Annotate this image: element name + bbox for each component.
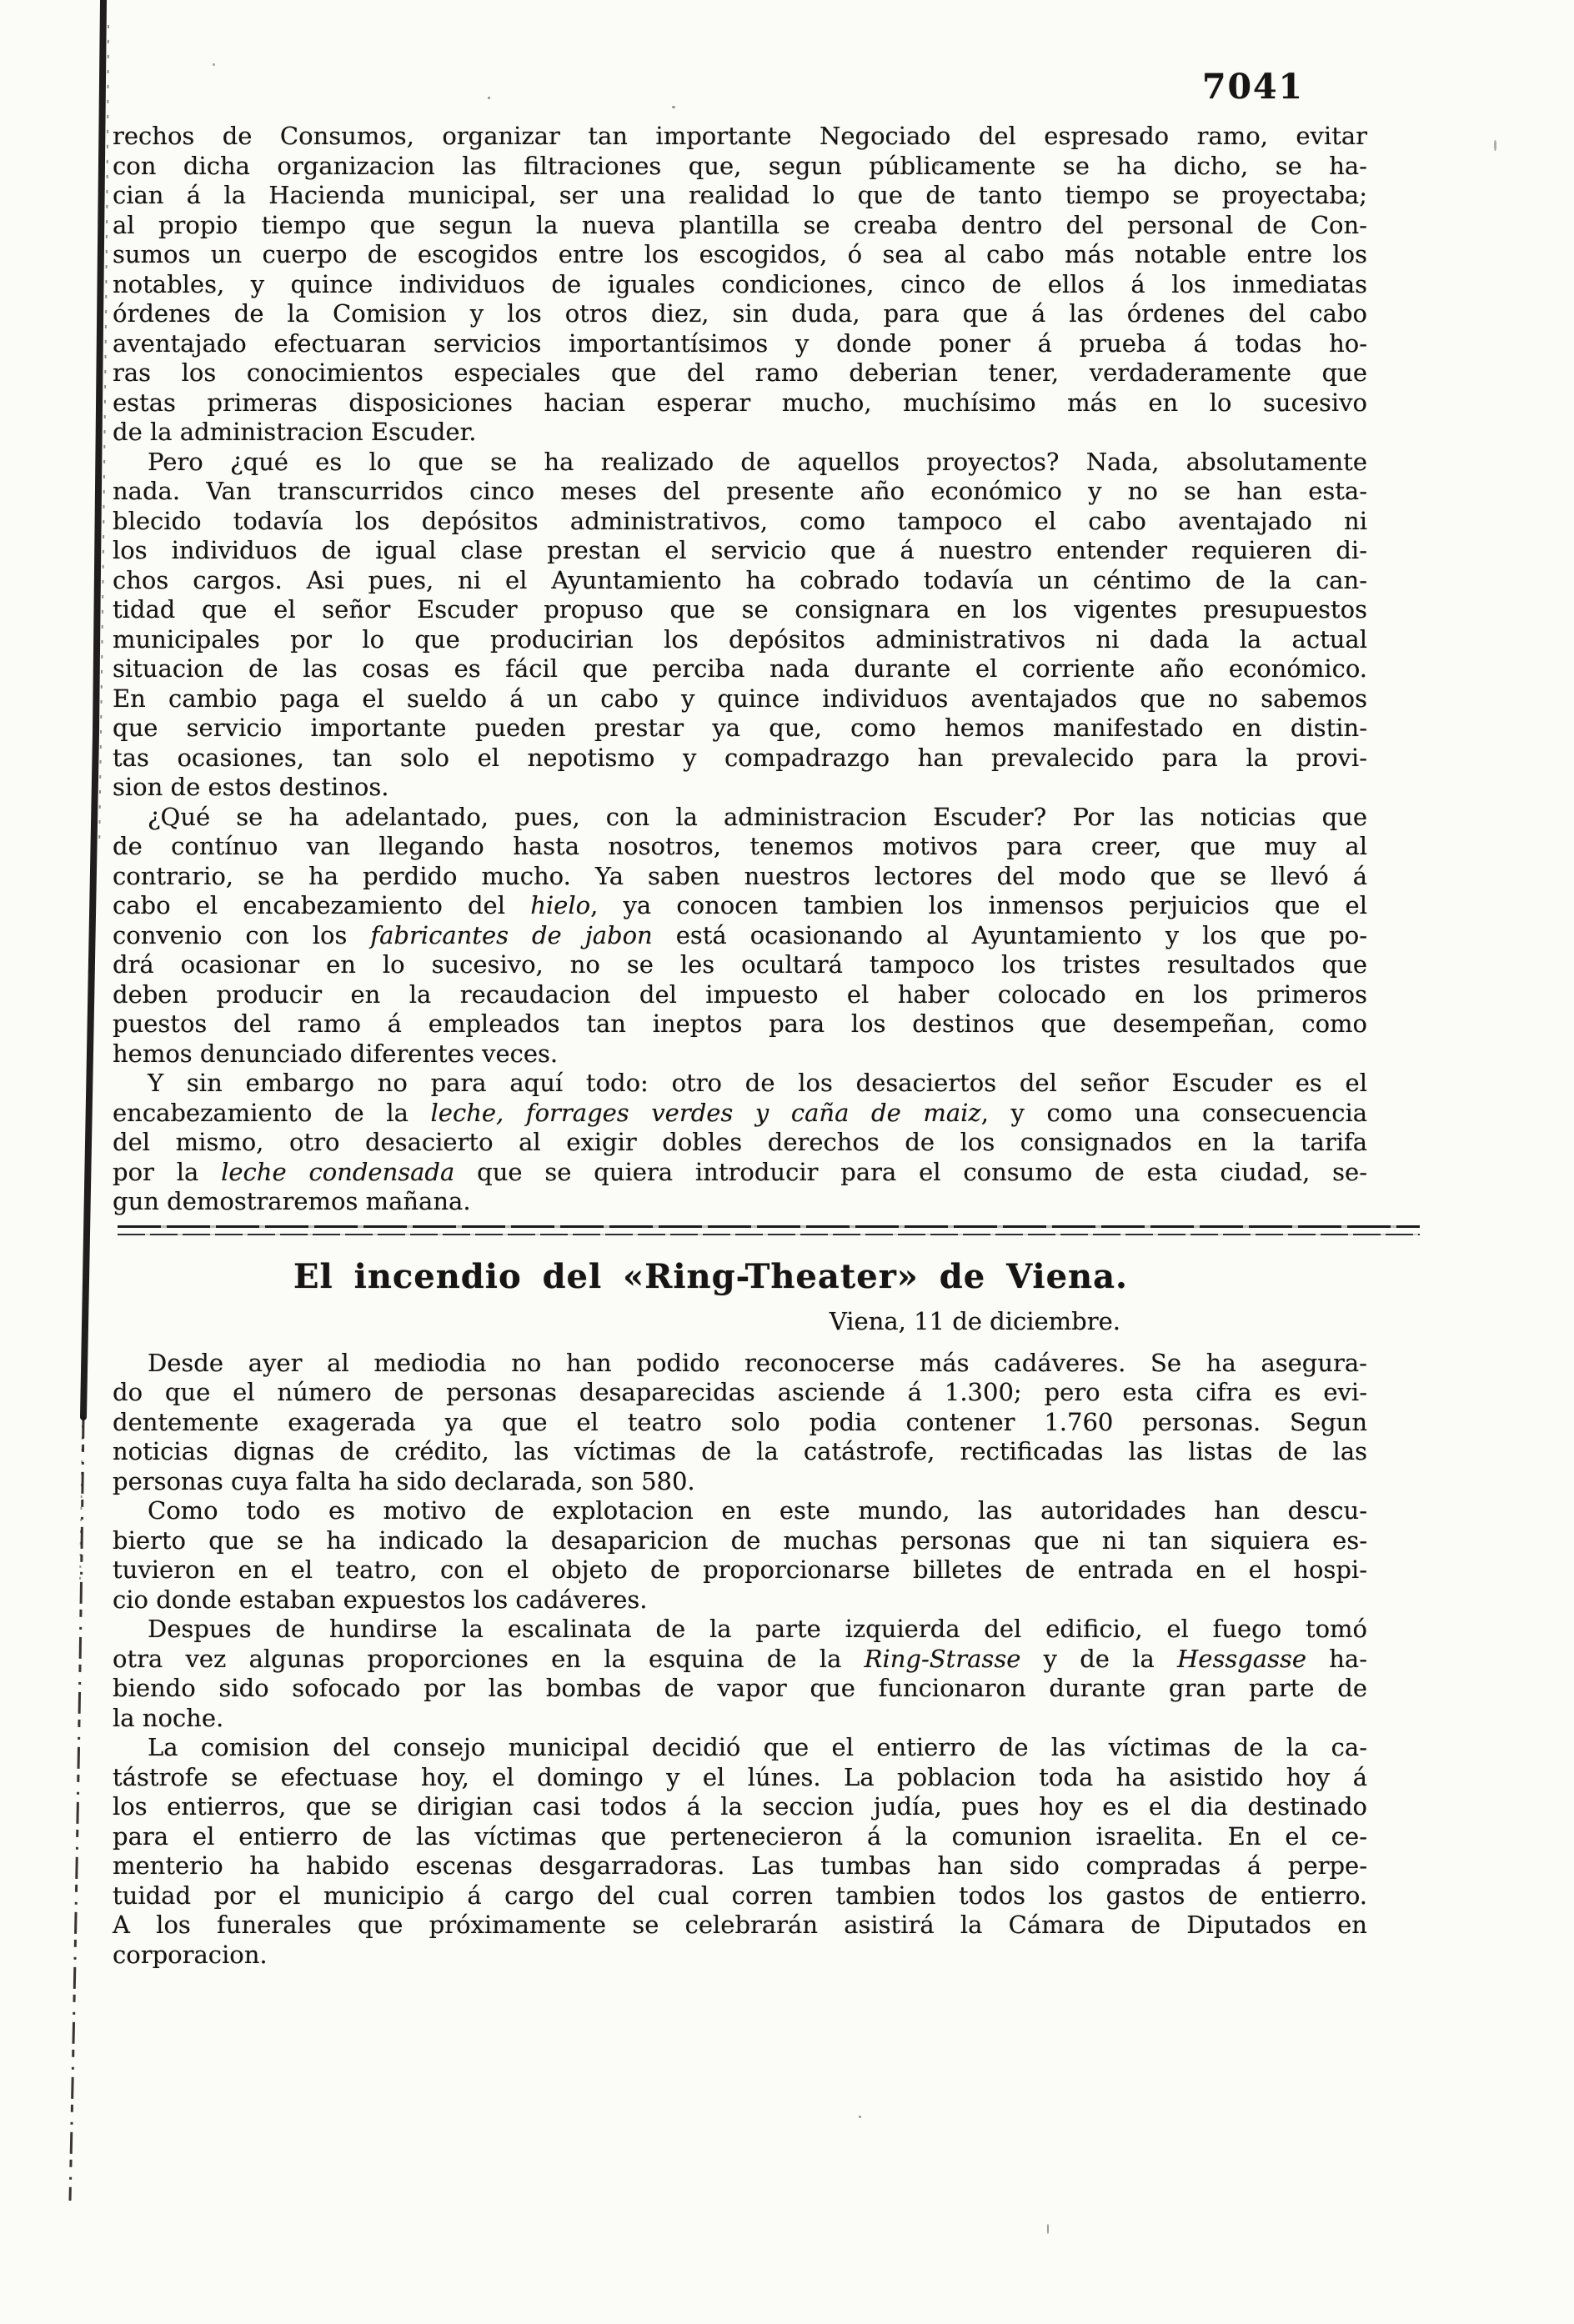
- text-line: notables, y quince individuos de iguales…: [113, 270, 1367, 300]
- text-line: tástrofe se efectuase hoy, el domingo y …: [113, 1763, 1367, 1793]
- text-line: A los funerales que próximamente se cele…: [113, 1911, 1367, 1941]
- text-line: órdenes de la Comision y los otros diez,…: [113, 299, 1367, 329]
- text-line: con dicha organizacion las filtraciones …: [113, 152, 1367, 182]
- text-line: convenio con los fabricantes de jabon es…: [113, 921, 1367, 951]
- text-line: La comision del consejo municipal decidi…: [113, 1733, 1367, 1763]
- text-line: Despues de hundirse la escalinata de la …: [113, 1615, 1367, 1645]
- text-line: deben producir en la recaudacion del imp…: [113, 980, 1367, 1010]
- text-line: cio donde estaban expuestos los cadávere…: [113, 1585, 1367, 1615]
- divider-rule-top: [118, 1225, 1420, 1228]
- text-line: nada. Van transcurridos cinco meses del …: [113, 477, 1367, 507]
- paragraph: Pero ¿qué es lo que se ha realizado de a…: [113, 448, 1367, 803]
- text-line: Pero ¿qué es lo que se ha realizado de a…: [113, 448, 1367, 478]
- text-line: corporacion.: [113, 1941, 1367, 1971]
- text-line: do que el número de personas desaparecid…: [113, 1378, 1367, 1408]
- text-line: Desde ayer al mediodia no han podido rec…: [113, 1349, 1367, 1379]
- text-line: cabo el encabezamiento del hielo, ya con…: [113, 891, 1367, 921]
- text-line: En cambio paga el sueldo á un cabo y qui…: [113, 684, 1367, 714]
- scan-speck: [859, 2116, 861, 2118]
- text-line: dentemente exagerada ya que el teatro so…: [113, 1408, 1367, 1438]
- text-line: la noche.: [113, 1704, 1367, 1734]
- paragraph: rechos de Consumos, organizar tan import…: [113, 122, 1367, 448]
- article-title: El incendio del «Ring-Theater» de Viena.: [113, 1257, 1309, 1297]
- scan-speck: [213, 63, 215, 66]
- scan-speck: [488, 97, 490, 99]
- text-line: de contínuo van llegando hasta nosotros,…: [113, 832, 1367, 862]
- text-line: sumos un cuerpo de escogidos entre los e…: [113, 240, 1367, 270]
- text-line: del mismo, otro desacierto al exigir dob…: [113, 1128, 1367, 1158]
- text-line: rechos de Consumos, organizar tan import…: [113, 122, 1367, 152]
- text-line: gun demostraremos mañana.: [113, 1187, 1367, 1217]
- text-line: blecido todavía los depósitos administra…: [113, 507, 1367, 537]
- paragraph: Despues de hundirse la escalinata de la …: [113, 1615, 1367, 1733]
- text-line: tidad que el señor Escuder propuso que s…: [113, 595, 1367, 625]
- text-line: drá ocasionar en lo sucesivo, no se les …: [113, 950, 1367, 980]
- text-line: municipales por lo que producirian los d…: [113, 625, 1367, 655]
- text-line: biendo sido sofocado por las bombas de v…: [113, 1674, 1367, 1704]
- article-consumos-text: rechos de Consumos, organizar tan import…: [113, 122, 1367, 1217]
- scan-speck: [1047, 2224, 1049, 2234]
- paragraph: Como todo es motivo de explotacion en es…: [113, 1496, 1367, 1615]
- text-line: tuidad por el municipio á cargo del cual…: [113, 1881, 1367, 1911]
- dateline: Viena, 11 de diciembre.: [113, 1307, 1367, 1335]
- text-line: Como todo es motivo de explotacion en es…: [113, 1496, 1367, 1526]
- text-line: personas cuya falta ha sido declarada, s…: [113, 1467, 1367, 1497]
- text-line: los individuos de igual clase prestan el…: [113, 536, 1367, 566]
- page-content: rechos de Consumos, organizar tan import…: [113, 122, 1367, 1970]
- section-divider: [118, 1225, 1420, 1235]
- text-line: para el entierro de las víctimas que per…: [113, 1822, 1367, 1852]
- text-line: hemos denunciado diferentes veces.: [113, 1039, 1367, 1069]
- text-line: cian á la Hacienda municipal, ser una re…: [113, 181, 1367, 211]
- text-line: encabezamiento de la leche, forrages ver…: [113, 1099, 1367, 1129]
- text-line: ras los conocimientos especiales que del…: [113, 358, 1367, 388]
- text-line: que servicio importante pueden prestar y…: [113, 714, 1367, 744]
- text-line: estas primeras disposiciones hacian espe…: [113, 388, 1367, 418]
- page-number: 7041: [1191, 67, 1316, 107]
- article-ring-theater-text: Desde ayer al mediodia no han podido rec…: [113, 1349, 1367, 1971]
- text-line: ¿Qué se ha adelantado, pues, con la admi…: [113, 803, 1367, 833]
- paragraph: La comision del consejo municipal decidi…: [113, 1733, 1367, 1970]
- text-line: al propio tiempo que segun la nueva plan…: [113, 211, 1367, 241]
- text-line: bierto que se ha indicado la desaparicio…: [113, 1526, 1367, 1556]
- divider-rule-bottom: [118, 1234, 1420, 1235]
- text-line: Y sin embargo no para aquí todo: otro de…: [113, 1069, 1367, 1099]
- paragraph: Desde ayer al mediodia no han podido rec…: [113, 1349, 1367, 1497]
- text-line: de la administracion Escuder.: [113, 418, 1367, 448]
- text-line: puestos del ramo á empleados tan ineptos…: [113, 1009, 1367, 1039]
- paragraph: Y sin embargo no para aquí todo: otro de…: [113, 1069, 1367, 1217]
- scan-speck: [1494, 140, 1496, 151]
- text-line: contrario, se ha perdido mucho. Ya saben…: [113, 862, 1367, 892]
- text-line: otra vez algunas proporciones en la esqu…: [113, 1645, 1367, 1675]
- paragraph: ¿Qué se ha adelantado, pues, con la admi…: [113, 803, 1367, 1069]
- scan-speck: [672, 106, 675, 108]
- text-line: menterio ha habido escenas desgarradoras…: [113, 1851, 1367, 1881]
- text-line: chos cargos. Asi pues, ni el Ayuntamient…: [113, 566, 1367, 596]
- text-line: los entierros, que se dirigian casi todo…: [113, 1792, 1367, 1822]
- text-line: tas ocasiones, tan solo el nepotismo y c…: [113, 744, 1367, 774]
- text-line: por la leche condensada que se quiera in…: [113, 1158, 1367, 1188]
- text-line: noticias dignas de crédito, las víctimas…: [113, 1437, 1367, 1467]
- text-line: aventajado efectuaran servicios importan…: [113, 329, 1367, 359]
- text-line: tuvieron en el teatro, con el objeto de …: [113, 1555, 1367, 1585]
- text-line: situacion de las cosas es fácil que perc…: [113, 654, 1367, 684]
- text-line: sion de estos destinos.: [113, 773, 1367, 803]
